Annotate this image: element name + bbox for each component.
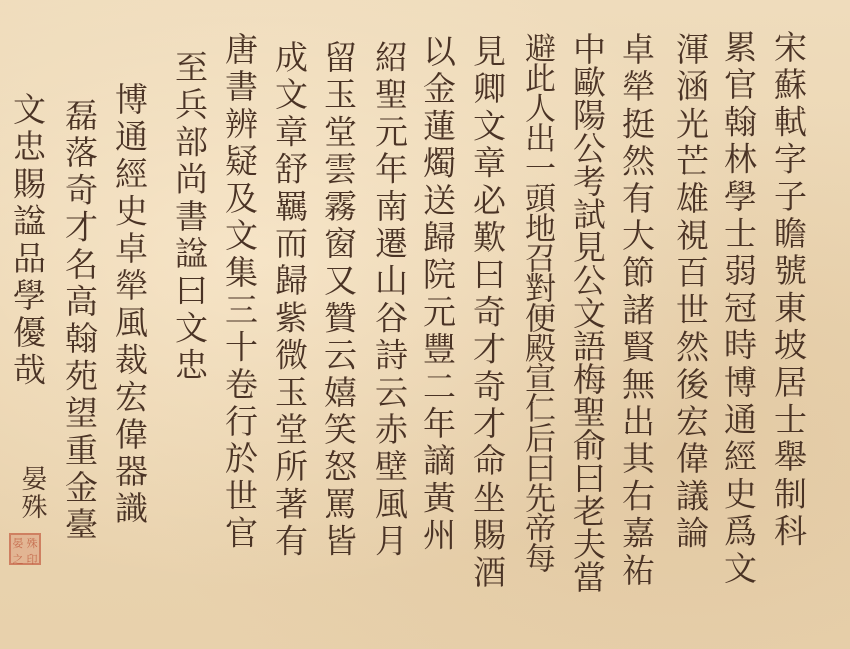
eulogy-column-2: 磊落奇才名高翰苑望重金臺 <box>63 98 96 544</box>
seal-char: 之 <box>11 551 25 567</box>
calligraphy-column-1: 宋蘇軾字子瞻號東坡居士舉制科 <box>772 30 805 551</box>
calligraphy-column-11: 成文章舒羈而歸紫微玉堂所著有 <box>273 40 306 561</box>
calligraphy-scroll: 宋蘇軾字子瞻號東坡居士舉制科 累官翰林學士弱冠時博通經史爲文 渾涵光芒雄視百世然… <box>0 0 850 649</box>
calligraphy-column-4: 卓犖挺然有大節諸賢無出其右嘉祐 <box>620 32 653 590</box>
calligraphy-column-2: 累官翰林學士弱冠時博通經史爲文 <box>722 30 755 588</box>
calligraphy-column-6: 避此人出一頭地召對便殿宣仁后曰先帝每 <box>521 32 552 572</box>
seal-char: 印 <box>25 551 39 567</box>
calligraphy-column-9: 紹聖元年南遷山谷詩云赤壁風月 <box>373 40 406 561</box>
eulogy-column-1: 博通經史卓犖風裁宏偉器識 <box>113 82 146 528</box>
calligraphy-column-3: 渾涵光芒雄視百世然後宏偉議論 <box>674 32 707 553</box>
artist-signature: 晏殊 <box>14 465 51 521</box>
calligraphy-column-12: 唐書辨疑及文集三十卷行於世官 <box>223 32 256 553</box>
eulogy-column-3: 文忠賜諡品學優哉 <box>11 92 44 390</box>
seal-char: 晏 <box>11 535 25 551</box>
seal-char: 殊 <box>25 535 39 551</box>
calligraphy-column-10: 留玉堂雲霧窗又贊云嬉笑怒罵皆 <box>322 40 355 561</box>
calligraphy-column-13: 至兵部尚書諡曰文忠 <box>173 50 206 385</box>
red-seal-stamp: 晏 殊 之 印 <box>9 533 41 565</box>
calligraphy-column-8: 以金蓮燭送歸院元豐二年謫黃州 <box>421 34 454 555</box>
calligraphy-column-7: 見卿文章必歎曰奇才奇才命坐賜酒 <box>471 34 504 592</box>
calligraphy-column-5: 中歐陽公考試見公文語梅聖俞曰老夫當 <box>571 32 604 593</box>
